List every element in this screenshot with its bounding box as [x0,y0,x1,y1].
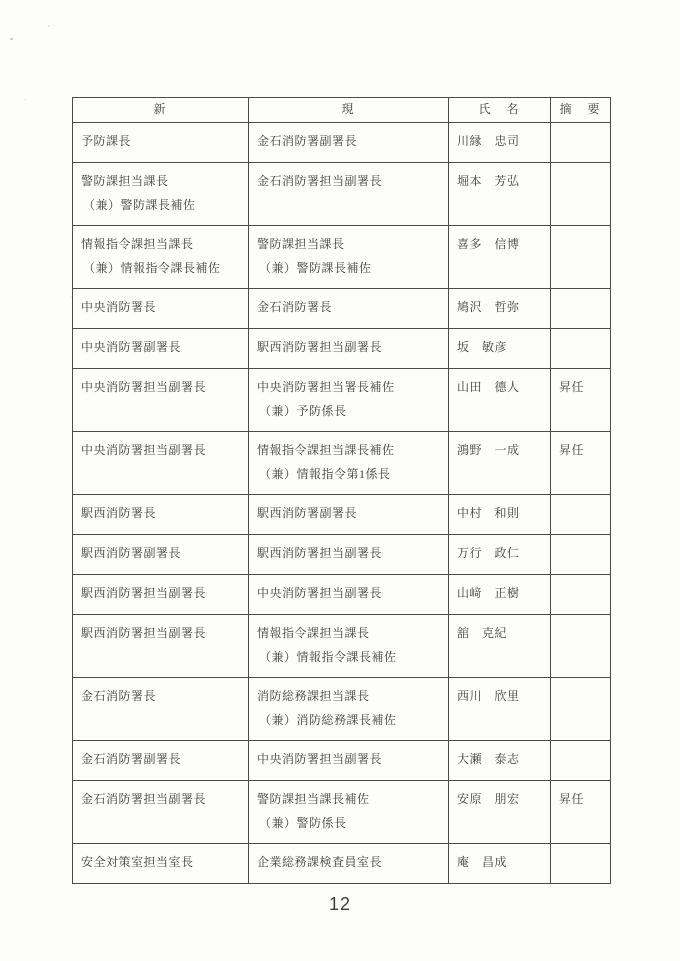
cell-line: 金石消防署長 [257,295,442,319]
col-header-name: 氏 名 [449,98,551,123]
cell-line: 金石消防署副署長 [257,129,442,153]
cell-line: 金石消防署担当副署長 [257,169,442,193]
cell-current-position: 金石消防署担当副署長 [249,163,449,226]
cell-current-position: 駅西消防署担当副署長 [249,535,449,575]
table-row: 警防課担当課長（兼）警防課長補佐金石消防署担当副署長堀本 芳弘 [73,163,611,226]
cell-current-position: 情報指令課担当課長補佐（兼）情報指令第1係長 [249,432,449,495]
cell-current-position: 企業総務課検査員室長 [249,844,449,884]
scanned-document-page: 新現氏 名摘 要 予防課長金石消防署副署長川縁 忠司警防課担当課長（兼）警防課長… [0,0,680,961]
cell-current-position: 中央消防署担当副署長 [249,741,449,781]
cell-line: 中央消防署副署長 [81,335,242,359]
cell-new-position: 駅西消防署長 [73,495,249,535]
cell-person-name: 坂 敏彦 [449,329,551,369]
cell-line: 企業総務課検査員室長 [257,850,442,874]
cell-current-position: 消防総務課担当課長（兼）消防総務課長補佐 [249,678,449,741]
cell-person-name: 万行 政仁 [449,535,551,575]
cell-line: （兼）警防係長 [259,811,442,835]
table-row: 金石消防署長消防総務課担当課長（兼）消防総務課長補佐西川 欣里 [73,678,611,741]
cell-line: 駅西消防署副署長 [81,541,242,565]
cell-line: 中央消防署担当署長補佐 [257,375,442,399]
cell-new-position: 中央消防署副署長 [73,329,249,369]
cell-note [551,329,611,369]
col-header-note: 摘 要 [551,98,611,123]
table-row: 情報指令課担当課長（兼）情報指令課長補佐警防課担当課長（兼）警防課長補佐喜多 信… [73,226,611,289]
scan-speck [48,25,50,27]
cell-person-name: 山﨑 正樹 [449,575,551,615]
cell-note [551,575,611,615]
cell-new-position: 駅西消防署担当副署長 [73,575,249,615]
cell-line: 消防総務課担当課長 [257,684,442,708]
cell-person-name: 西川 欣里 [449,678,551,741]
cell-line: 金石消防署担当副署長 [81,787,242,811]
cell-new-position: 中央消防署担当副署長 [73,369,249,432]
page-number: 12 [0,894,680,915]
scan-speck [24,99,26,100]
cell-note: 昇任 [551,369,611,432]
cell-line: 警防課担当課長補佐 [257,787,442,811]
col-header-current: 現 [249,98,449,123]
cell-new-position: 駅西消防署副署長 [73,535,249,575]
cell-line: 駅西消防署長 [81,501,242,525]
cell-line: 情報指令課担当課長 [257,621,442,645]
cell-current-position: 警防課担当課長補佐（兼）警防係長 [249,781,449,844]
cell-line: 警防課担当課長 [257,232,442,256]
cell-current-position: 警防課担当課長（兼）警防課長補佐 [249,226,449,289]
cell-new-position: 予防課長 [73,123,249,163]
cell-new-position: 駅西消防署担当副署長 [73,615,249,678]
cell-current-position: 中央消防署担当副署長 [249,575,449,615]
cell-line: 情報指令課担当課長補佐 [257,438,442,462]
cell-person-name: 大瀬 泰志 [449,741,551,781]
cell-note [551,615,611,678]
cell-line: 予防課長 [81,129,242,153]
cell-person-name: 喜多 信博 [449,226,551,289]
cell-new-position: 金石消防署長 [73,678,249,741]
table-row: 中央消防署長金石消防署長鳩沢 哲弥 [73,289,611,329]
cell-line: （兼）警防課長補佐 [83,193,242,217]
cell-current-position: 金石消防署長 [249,289,449,329]
cell-line: 駅西消防署副署長 [257,501,442,525]
cell-line: 情報指令課担当課長 [81,232,242,256]
cell-line: 中央消防署担当副署長 [81,438,242,462]
cell-line: 駅西消防署担当副署長 [257,335,442,359]
cell-note: 昇任 [551,432,611,495]
scan-speck [10,38,13,40]
cell-note: 昇任 [551,781,611,844]
cell-current-position: 駅西消防署副署長 [249,495,449,535]
table-row: 駅西消防署副署長駅西消防署担当副署長万行 政仁 [73,535,611,575]
table-row: 駅西消防署担当副署長中央消防署担当副署長山﨑 正樹 [73,575,611,615]
cell-person-name: 堀本 芳弘 [449,163,551,226]
cell-line: 中央消防署担当副署長 [257,747,442,771]
cell-note [551,163,611,226]
cell-new-position: 警防課担当課長（兼）警防課長補佐 [73,163,249,226]
cell-line: 金石消防署長 [81,684,242,708]
table-header: 新現氏 名摘 要 [73,98,611,123]
cell-new-position: 中央消防署担当副署長 [73,432,249,495]
cell-current-position: 駅西消防署担当副署長 [249,329,449,369]
cell-line: （兼）情報指令第1係長 [259,462,442,486]
cell-line: （兼）予防係長 [259,399,442,423]
table-row: 予防課長金石消防署副署長川縁 忠司 [73,123,611,163]
cell-note [551,226,611,289]
cell-line: （兼）警防課長補佐 [259,256,442,280]
cell-person-name: 庵 昌成 [449,844,551,884]
cell-note [551,741,611,781]
cell-line: 中央消防署担当副署長 [81,375,242,399]
table-row: 安全対策室担当室長企業総務課検査員室長庵 昌成 [73,844,611,884]
cell-new-position: 金石消防署担当副署長 [73,781,249,844]
cell-note [551,535,611,575]
cell-new-position: 中央消防署長 [73,289,249,329]
cell-person-name: 鴻野 一成 [449,432,551,495]
cell-new-position: 安全対策室担当室長 [73,844,249,884]
cell-note [551,844,611,884]
cell-line: 駅西消防署担当副署長 [81,621,242,645]
cell-line: （兼）消防総務課長補佐 [259,708,442,732]
cell-person-name: 舘 克紀 [449,615,551,678]
cell-note [551,678,611,741]
cell-line: （兼）情報指令課長補佐 [83,256,242,280]
cell-line: （兼）情報指令課長補佐 [259,645,442,669]
table-row: 中央消防署担当副署長情報指令課担当課長補佐（兼）情報指令第1係長鴻野 一成昇任 [73,432,611,495]
table-row: 駅西消防署長駅西消防署副署長中村 和則 [73,495,611,535]
cell-line: 警防課担当課長 [81,169,242,193]
cell-line: 中央消防署長 [81,295,242,319]
table-header-row: 新現氏 名摘 要 [73,98,611,123]
cell-line: 安全対策室担当室長 [81,850,242,874]
col-header-new: 新 [73,98,249,123]
table-row: 駅西消防署担当副署長情報指令課担当課長（兼）情報指令課長補佐舘 克紀 [73,615,611,678]
table-row: 金石消防署担当副署長警防課担当課長補佐（兼）警防係長安原 朋宏昇任 [73,781,611,844]
table-row: 中央消防署担当副署長中央消防署担当署長補佐（兼）予防係長山田 德人昇任 [73,369,611,432]
cell-current-position: 情報指令課担当課長（兼）情報指令課長補佐 [249,615,449,678]
table-row: 中央消防署副署長駅西消防署担当副署長坂 敏彦 [73,329,611,369]
cell-note [551,289,611,329]
cell-new-position: 情報指令課担当課長（兼）情報指令課長補佐 [73,226,249,289]
personnel-transfer-table: 新現氏 名摘 要 予防課長金石消防署副署長川縁 忠司警防課担当課長（兼）警防課長… [72,97,611,884]
cell-line: 駅西消防署担当副署長 [81,581,242,605]
cell-person-name: 鳩沢 哲弥 [449,289,551,329]
cell-line: 中央消防署担当副署長 [257,581,442,605]
cell-current-position: 中央消防署担当署長補佐（兼）予防係長 [249,369,449,432]
cell-line: 金石消防署副署長 [81,747,242,771]
cell-note [551,123,611,163]
table-row: 金石消防署副署長中央消防署担当副署長大瀬 泰志 [73,741,611,781]
cell-line: 駅西消防署担当副署長 [257,541,442,565]
cell-person-name: 川縁 忠司 [449,123,551,163]
personnel-table-body: 予防課長金石消防署副署長川縁 忠司警防課担当課長（兼）警防課長補佐金石消防署担当… [73,123,611,884]
cell-new-position: 金石消防署副署長 [73,741,249,781]
cell-person-name: 山田 德人 [449,369,551,432]
cell-person-name: 中村 和則 [449,495,551,535]
cell-person-name: 安原 朋宏 [449,781,551,844]
cell-current-position: 金石消防署副署長 [249,123,449,163]
cell-note [551,495,611,535]
